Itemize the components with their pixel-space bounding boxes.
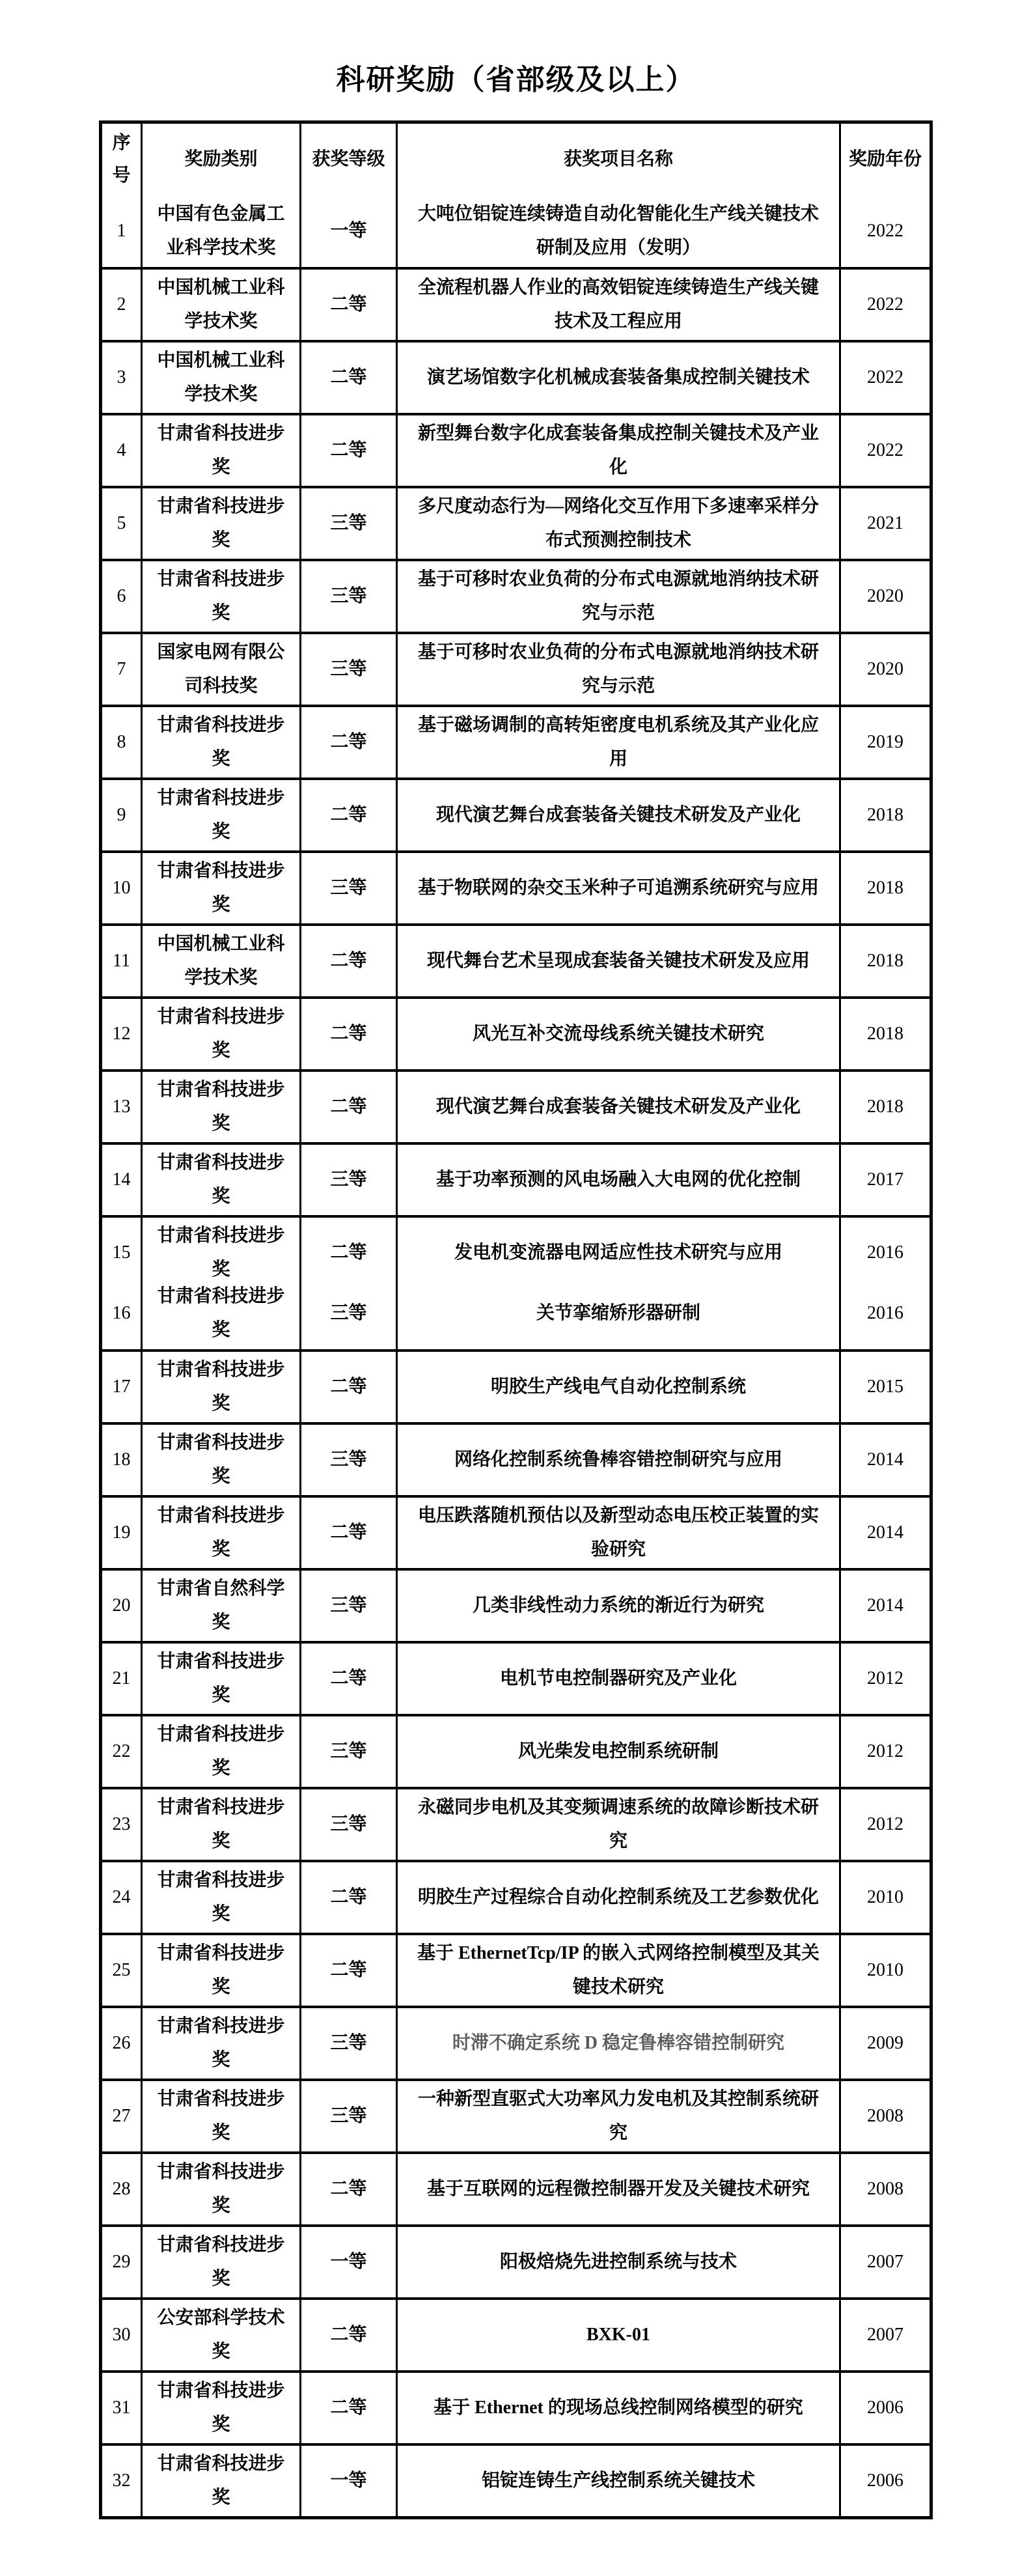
cell-no: 3 [102, 343, 141, 413]
cell-year: 2017 [839, 1145, 930, 1215]
cell-level: 三等 [299, 1571, 396, 1641]
cell-level: 二等 [299, 1862, 396, 1933]
cell-level: 二等 [299, 1644, 396, 1714]
cell-category: 甘肃省科技进步奖 [141, 1789, 299, 1860]
cell-category: 甘肃省科技进步奖 [141, 488, 299, 559]
header-cell-project: 获奖项目名称 [396, 124, 839, 195]
cell-no: 14 [102, 1145, 141, 1215]
cell-year: 2010 [839, 1935, 930, 2006]
cell-project: 永磁同步电机及其变频调速系统的故障诊断技术研究 [396, 1789, 839, 1860]
cell-year: 2018 [839, 780, 930, 850]
cell-year: 2021 [839, 488, 930, 559]
table-row: 14甘肃省科技进步奖三等基于功率预测的风电场融入大电网的优化控制2017 [102, 1142, 930, 1215]
cell-year: 2014 [839, 1498, 930, 1568]
cell-category: 甘肃省科技进步奖 [141, 1072, 299, 1142]
cell-level: 三等 [299, 853, 396, 923]
cell-project: 时滞不确定系统 D 稳定鲁棒容错控制研究 [396, 2008, 839, 2079]
cell-year: 2018 [839, 926, 930, 996]
cell-category: 公安部科学技术奖 [141, 2300, 299, 2370]
cell-category: 甘肃省科技进步奖 [141, 1498, 299, 1568]
cell-level: 二等 [299, 270, 396, 340]
cell-no: 31 [102, 2373, 141, 2443]
cell-project: 关节挛缩矫形器研制 [396, 1278, 839, 1349]
cell-year: 2019 [839, 707, 930, 777]
cell-level: 二等 [299, 707, 396, 777]
cell-project: 风光柴发电控制系统研制 [396, 1716, 839, 1787]
cell-no: 29 [102, 2227, 141, 2297]
cell-no: 22 [102, 1716, 141, 1787]
table-header-row: 序号 奖励类别 获奖等级 获奖项目名称 奖励年份 [102, 124, 930, 195]
cell-no: 6 [102, 561, 141, 632]
table-row: 11中国机械工业科学技术奖二等现代舞台艺术呈现成套装备关键技术研发及应用2018 [102, 923, 930, 996]
cell-category: 中国机械工业科学技术奖 [141, 343, 299, 413]
cell-no: 13 [102, 1072, 141, 1142]
cell-category: 甘肃省科技进步奖 [141, 999, 299, 1069]
table-row: 32甘肃省科技进步奖一等铝锭连铸生产线控制系统关键技术2006 [102, 2443, 930, 2516]
cell-level: 二等 [299, 780, 396, 850]
cell-category: 甘肃省科技进步奖 [141, 1716, 299, 1787]
table-row: 16甘肃省科技进步奖三等关节挛缩矫形器研制2016 [102, 1278, 930, 1349]
cell-project: 风光互补交流母线系统关键技术研究 [396, 999, 839, 1069]
cell-category: 甘肃省科技进步奖 [141, 2446, 299, 2516]
cell-level: 二等 [299, 2154, 396, 2224]
cell-no: 7 [102, 634, 141, 705]
table-row: 6甘肃省科技进步奖三等基于可移时农业负荷的分布式电源就地消纳技术研究与示范202… [102, 559, 930, 632]
table-row: 21甘肃省科技进步奖二等电机节电控制器研究及产业化2012 [102, 1641, 930, 1714]
cell-category: 甘肃省科技进步奖 [141, 415, 299, 486]
cell-category: 甘肃省科技进步奖 [141, 561, 299, 632]
awards-table-part-1: 序号 奖励类别 获奖等级 获奖项目名称 奖励年份 1中国有色金属工业科学技术奖一… [99, 120, 933, 1291]
cell-year: 2015 [839, 1352, 930, 1422]
cell-year: 2012 [839, 1789, 930, 1860]
cell-no: 23 [102, 1789, 141, 1860]
cell-project: 几类非线性动力系统的渐近行为研究 [396, 1571, 839, 1641]
table-row: 28甘肃省科技进步奖二等基于互联网的远程微控制器开发及关键技术研究2008 [102, 2151, 930, 2224]
table-row: 23甘肃省科技进步奖三等永磁同步电机及其变频调速系统的故障诊断技术研究2012 [102, 1787, 930, 1860]
header-cell-no: 序号 [102, 124, 141, 195]
table-row: 30公安部科学技术奖二等BXK-012007 [102, 2297, 930, 2370]
cell-category: 国家电网有限公司科技奖 [141, 634, 299, 705]
cell-level: 三等 [299, 2008, 396, 2079]
cell-level: 二等 [299, 1072, 396, 1142]
table-row: 19甘肃省科技进步奖二等电压跌落随机预估以及新型动态电压校正装置的实验研究201… [102, 1495, 930, 1568]
cell-category: 甘肃省科技进步奖 [141, 1145, 299, 1215]
cell-year: 2020 [839, 561, 930, 632]
cell-level: 三等 [299, 1145, 396, 1215]
table-row: 26甘肃省科技进步奖三等时滞不确定系统 D 稳定鲁棒容错控制研究2009 [102, 2006, 930, 2079]
cell-project: 基于互联网的远程微控制器开发及关键技术研究 [396, 2154, 839, 2224]
cell-year: 2022 [839, 195, 930, 267]
cell-project: 基于可移时农业负荷的分布式电源就地消纳技术研究与示范 [396, 561, 839, 632]
cell-no: 2 [102, 270, 141, 340]
cell-level: 二等 [299, 1352, 396, 1422]
table-body-part-2: 16甘肃省科技进步奖三等关节挛缩矫形器研制201617甘肃省科技进步奖二等明胶生… [102, 1278, 930, 2516]
cell-year: 2008 [839, 2154, 930, 2224]
cell-project: 基于 EthernetTcp/IP 的嵌入式网络控制模型及其关键技术研究 [396, 1935, 839, 2006]
cell-no: 27 [102, 2081, 141, 2151]
cell-category: 甘肃省自然科学奖 [141, 1571, 299, 1641]
cell-project: 多尺度动态行为—网络化交互作用下多速率采样分布式预测控制技术 [396, 488, 839, 559]
cell-level: 二等 [299, 2300, 396, 2370]
cell-no: 19 [102, 1498, 141, 1568]
cell-no: 5 [102, 488, 141, 559]
header-cell-level: 获奖等级 [299, 124, 396, 195]
cell-project: 新型舞台数字化成套装备集成控制关键技术及产业化 [396, 415, 839, 486]
cell-category: 甘肃省科技进步奖 [141, 2081, 299, 2151]
cell-level: 二等 [299, 1498, 396, 1568]
awards-table-part-2: 16甘肃省科技进步奖三等关节挛缩矫形器研制201617甘肃省科技进步奖二等明胶生… [99, 1278, 933, 2519]
cell-year: 2022 [839, 270, 930, 340]
cell-year: 2006 [839, 2446, 930, 2516]
cell-project: 明胶生产线电气自动化控制系统 [396, 1352, 839, 1422]
cell-category: 中国机械工业科学技术奖 [141, 270, 299, 340]
cell-level: 三等 [299, 561, 396, 632]
cell-category: 甘肃省科技进步奖 [141, 780, 299, 850]
cell-no: 10 [102, 853, 141, 923]
cell-category: 甘肃省科技进步奖 [141, 1352, 299, 1422]
cell-category: 甘肃省科技进步奖 [141, 853, 299, 923]
cell-level: 二等 [299, 343, 396, 413]
cell-project: 明胶生产过程综合自动化控制系统及工艺参数优化 [396, 1862, 839, 1933]
cell-project: 现代舞台艺术呈现成套装备关键技术研发及应用 [396, 926, 839, 996]
cell-no: 4 [102, 415, 141, 486]
cell-category: 甘肃省科技进步奖 [141, 1862, 299, 1933]
cell-year: 2018 [839, 1072, 930, 1142]
cell-no: 9 [102, 780, 141, 850]
cell-level: 二等 [299, 415, 396, 486]
table-row: 7国家电网有限公司科技奖三等基于可移时农业负荷的分布式电源就地消纳技术研究与示范… [102, 632, 930, 705]
page-title: 科研奖励（省部级及以上） [99, 56, 933, 98]
cell-project: 演艺场馆数字化机械成套装备集成控制关键技术 [396, 343, 839, 413]
cell-no: 1 [102, 195, 141, 267]
cell-level: 三等 [299, 1789, 396, 1860]
cell-project: 基于功率预测的风电场融入大电网的优化控制 [396, 1145, 839, 1215]
cell-level: 一等 [299, 2227, 396, 2297]
cell-no: 18 [102, 1425, 141, 1495]
cell-category: 甘肃省科技进步奖 [141, 1935, 299, 2006]
table-row: 2中国机械工业科学技术奖二等全流程机器人作业的高效铝锭连续铸造生产线关键技术及工… [102, 267, 930, 340]
cell-no: 26 [102, 2008, 141, 2079]
cell-project: 铝锭连铸生产线控制系统关键技术 [396, 2446, 839, 2516]
cell-category: 甘肃省科技进步奖 [141, 707, 299, 777]
cell-level: 三等 [299, 2081, 396, 2151]
table-row: 22甘肃省科技进步奖三等风光柴发电控制系统研制2012 [102, 1714, 930, 1787]
table-row: 10甘肃省科技进步奖三等基于物联网的杂交玉米种子可追溯系统研究与应用2018 [102, 850, 930, 923]
table-row: 1中国有色金属工业科学技术奖一等大吨位铝锭连续铸造自动化智能化生产线关键技术研制… [102, 195, 930, 267]
cell-year: 2006 [839, 2373, 930, 2443]
table-row: 31甘肃省科技进步奖二等基于 Ethernet 的现场总线控制网络模型的研究20… [102, 2370, 930, 2443]
cell-project: 基于磁场调制的高转矩密度电机系统及其产业化应用 [396, 707, 839, 777]
cell-project: 基于物联网的杂交玉米种子可追溯系统研究与应用 [396, 853, 839, 923]
cell-category: 甘肃省科技进步奖 [141, 1278, 299, 1349]
cell-level: 一等 [299, 195, 396, 267]
header-cell-year: 奖励年份 [839, 124, 930, 195]
cell-no: 8 [102, 707, 141, 777]
cell-no: 20 [102, 1571, 141, 1641]
cell-project: 电机节电控制器研究及产业化 [396, 1644, 839, 1714]
cell-year: 2007 [839, 2227, 930, 2297]
cell-no: 28 [102, 2154, 141, 2224]
cell-no: 21 [102, 1644, 141, 1714]
cell-category: 甘肃省科技进步奖 [141, 2227, 299, 2297]
table-row: 8甘肃省科技进步奖二等基于磁场调制的高转矩密度电机系统及其产业化应用2019 [102, 705, 930, 777]
cell-project: 全流程机器人作业的高效铝锭连续铸造生产线关键技术及工程应用 [396, 270, 839, 340]
table-row: 29甘肃省科技进步奖一等阳极焙烧先进控制系统与技术2007 [102, 2224, 930, 2297]
cell-year: 2018 [839, 853, 930, 923]
cell-category: 甘肃省科技进步奖 [141, 2154, 299, 2224]
cell-category: 甘肃省科技进步奖 [141, 1644, 299, 1714]
table-row: 9甘肃省科技进步奖二等现代演艺舞台成套装备关键技术研发及产业化2018 [102, 777, 930, 850]
table-row: 25甘肃省科技进步奖二等基于 EthernetTcp/IP 的嵌入式网络控制模型… [102, 1933, 930, 2006]
cell-year: 2009 [839, 2008, 930, 2079]
cell-project: 电压跌落随机预估以及新型动态电压校正装置的实验研究 [396, 1498, 839, 1568]
cell-year: 2012 [839, 1716, 930, 1787]
cell-year: 2022 [839, 415, 930, 486]
table-row: 4甘肃省科技进步奖二等新型舞台数字化成套装备集成控制关键技术及产业化2022 [102, 413, 930, 486]
cell-level: 三等 [299, 1425, 396, 1495]
cell-level: 三等 [299, 1278, 396, 1349]
cell-project: 网络化控制系统鲁棒容错控制研究与应用 [396, 1425, 839, 1495]
cell-category: 中国有色金属工业科学技术奖 [141, 195, 299, 267]
cell-year: 2022 [839, 343, 930, 413]
table-row: 17甘肃省科技进步奖二等明胶生产线电气自动化控制系统2015 [102, 1349, 930, 1422]
cell-project: 基于可移时农业负荷的分布式电源就地消纳技术研究与示范 [396, 634, 839, 705]
cell-project: 一种新型直驱式大功率风力发电机及其控制系统研究 [396, 2081, 839, 2151]
table-row: 24甘肃省科技进步奖二等明胶生产过程综合自动化控制系统及工艺参数优化2010 [102, 1860, 930, 1933]
cell-year: 2014 [839, 1571, 930, 1641]
cell-no: 32 [102, 2446, 141, 2516]
cell-level: 二等 [299, 1935, 396, 2006]
cell-category: 甘肃省科技进步奖 [141, 2008, 299, 2079]
cell-project: 阳极焙烧先进控制系统与技术 [396, 2227, 839, 2297]
cell-year: 2012 [839, 1644, 930, 1714]
page: 科研奖励（省部级及以上） 序号 奖励类别 获奖等级 获奖项目名称 奖励年份 1中… [0, 0, 1033, 2576]
cell-no: 17 [102, 1352, 141, 1422]
cell-level: 一等 [299, 2446, 396, 2516]
cell-category: 中国机械工业科学技术奖 [141, 926, 299, 996]
cell-category: 甘肃省科技进步奖 [141, 2373, 299, 2443]
cell-year: 2008 [839, 2081, 930, 2151]
cell-level: 二等 [299, 926, 396, 996]
cell-year: 2020 [839, 634, 930, 705]
table-row: 3中国机械工业科学技术奖二等演艺场馆数字化机械成套装备集成控制关键技术2022 [102, 340, 930, 413]
cell-project: 现代演艺舞台成套装备关键技术研发及产业化 [396, 780, 839, 850]
cell-year: 2014 [839, 1425, 930, 1495]
cell-category: 甘肃省科技进步奖 [141, 1425, 299, 1495]
cell-project: 大吨位铝锭连续铸造自动化智能化生产线关键技术研制及应用（发明） [396, 195, 839, 267]
cell-level: 二等 [299, 2373, 396, 2443]
cell-year: 2007 [839, 2300, 930, 2370]
cell-project: 现代演艺舞台成套装备关键技术研发及产业化 [396, 1072, 839, 1142]
cell-level: 三等 [299, 1716, 396, 1787]
cell-level: 二等 [299, 999, 396, 1069]
table-row: 27甘肃省科技进步奖三等一种新型直驱式大功率风力发电机及其控制系统研究2008 [102, 2079, 930, 2151]
cell-year: 2016 [839, 1278, 930, 1349]
cell-level: 三等 [299, 634, 396, 705]
cell-year: 2018 [839, 999, 930, 1069]
cell-no: 25 [102, 1935, 141, 2006]
table-row: 18甘肃省科技进步奖三等网络化控制系统鲁棒容错控制研究与应用2014 [102, 1422, 930, 1495]
cell-no: 11 [102, 926, 141, 996]
cell-no: 12 [102, 999, 141, 1069]
table-body-part-1: 1中国有色金属工业科学技术奖一等大吨位铝锭连续铸造自动化智能化生产线关键技术研制… [102, 195, 930, 1288]
cell-year: 2010 [839, 1862, 930, 1933]
cell-project: 基于 Ethernet 的现场总线控制网络模型的研究 [396, 2373, 839, 2443]
table-row: 12甘肃省科技进步奖二等风光互补交流母线系统关键技术研究2018 [102, 996, 930, 1069]
cell-project: BXK-01 [396, 2300, 839, 2370]
table-row: 20甘肃省自然科学奖三等几类非线性动力系统的渐近行为研究2014 [102, 1568, 930, 1641]
header-cell-category: 奖励类别 [141, 124, 299, 195]
table-row: 5甘肃省科技进步奖三等多尺度动态行为—网络化交互作用下多速率采样分布式预测控制技… [102, 486, 930, 559]
table-row: 13甘肃省科技进步奖二等现代演艺舞台成套装备关键技术研发及产业化2018 [102, 1069, 930, 1142]
cell-no: 24 [102, 1862, 141, 1933]
cell-no: 16 [102, 1278, 141, 1349]
cell-level: 三等 [299, 488, 396, 559]
cell-no: 30 [102, 2300, 141, 2370]
